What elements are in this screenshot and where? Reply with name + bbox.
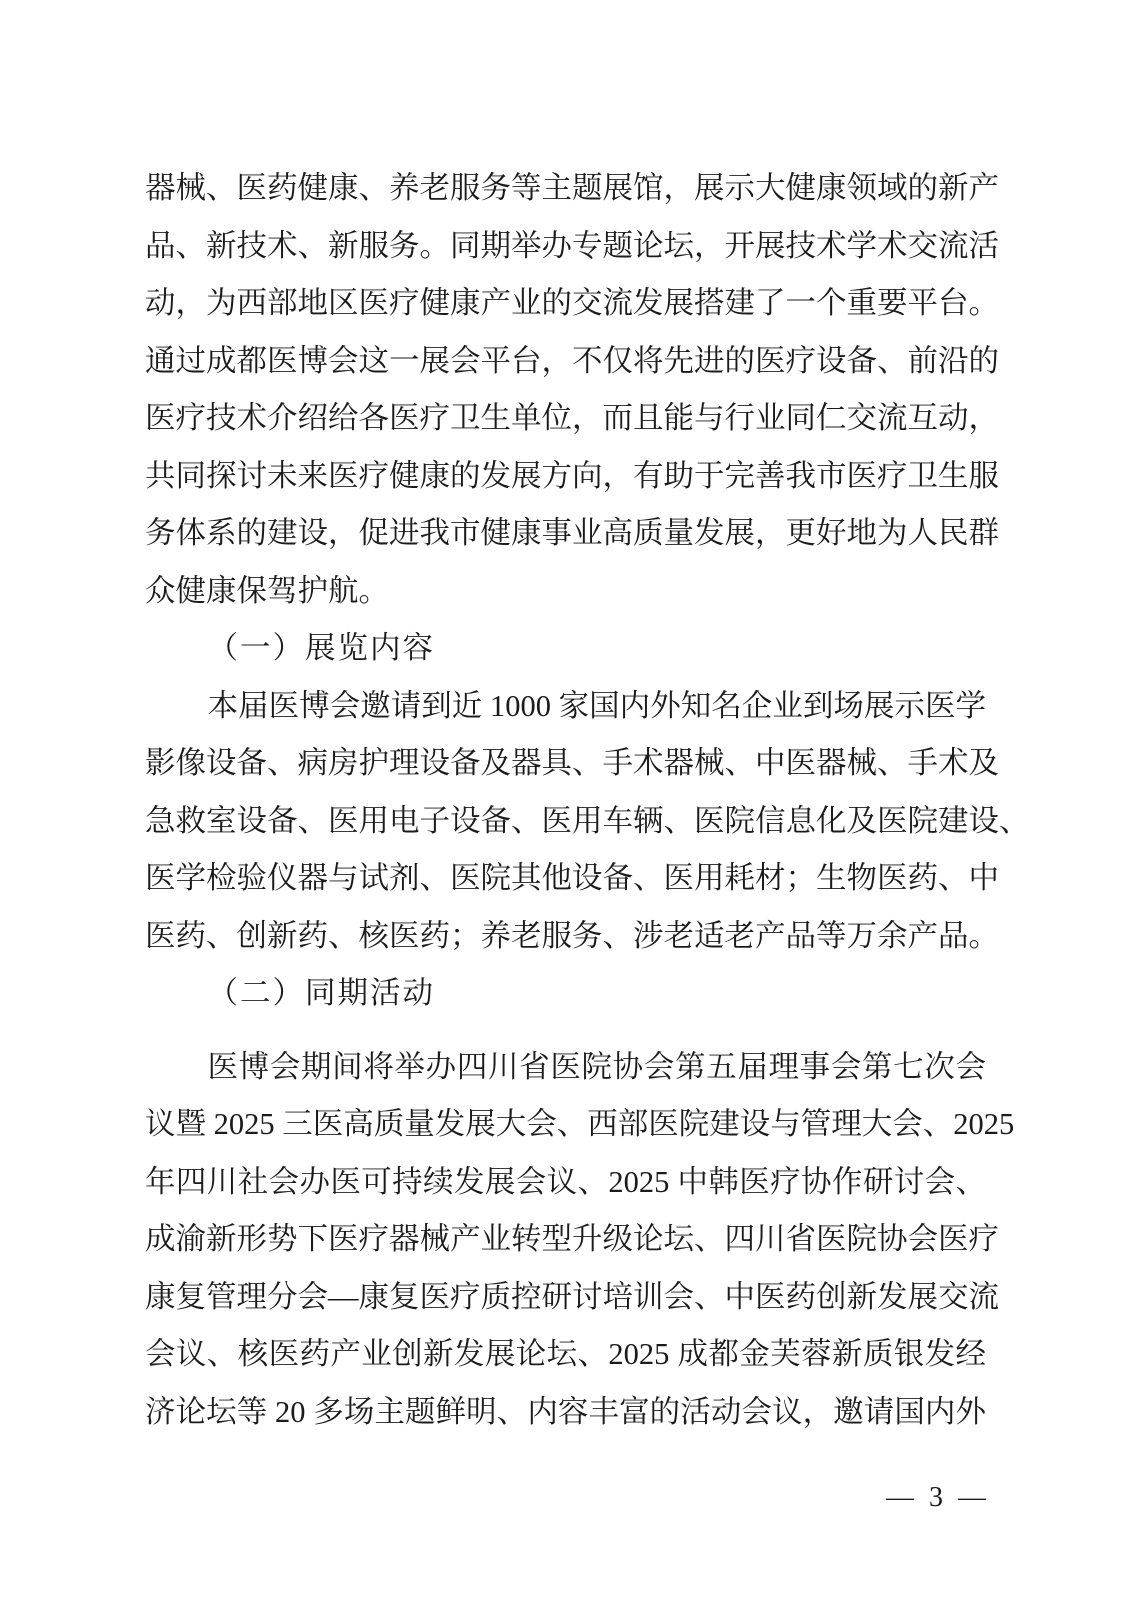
document-body: 器械、医药健康、养老服务等主题展馆，展示大健康领域的新产 品、新技术、新服务。同… xyxy=(145,160,986,1441)
text-line: 共同探讨未来医疗健康的发展方向，有助于完善我市医疗卫生服 xyxy=(145,448,986,506)
text-line: 影像设备、病房护理设备及器具、手术器械、中医器械、手术及 xyxy=(145,735,986,793)
section-heading-2: （二）同期活动 xyxy=(145,965,986,1023)
text-line: 品、新技术、新服务。同期举办专题论坛，开展技术学术交流活 xyxy=(145,218,986,276)
text-line: 会议、核医药产业创新发展论坛、2025 成都金芙蓉新质银发经 xyxy=(145,1326,986,1384)
text-line: 本届医博会邀请到近 1000 家国内外知名企业到场展示医学 xyxy=(145,678,986,736)
text-line: 康复管理分会—康复医疗质控研讨培训会、中医药创新发展交流 xyxy=(145,1269,986,1327)
text-line: 众健康保驾护航。 xyxy=(145,563,986,621)
page-number: — 3 — xyxy=(886,1478,990,1518)
text-line: 急救室设备、医用电子设备、医用车辆、医院信息化及医院建设、 xyxy=(145,793,986,851)
text-line: 器械、医药健康、养老服务等主题展馆，展示大健康领域的新产 xyxy=(145,160,986,218)
text-line: 医博会期间将举办四川省医院协会第五届理事会第七次会 xyxy=(145,1039,986,1097)
text-line: 动，为西部地区医疗健康产业的交流发展搭建了一个重要平台。 xyxy=(145,275,986,333)
text-line: 通过成都医博会这一展会平台，不仅将先进的医疗设备、前沿的 xyxy=(145,333,986,391)
text-line: 年四川社会办医可持续发展会议、2025 中韩医疗协作研讨会、 xyxy=(145,1154,986,1212)
text-line: 成渝新形势下医疗器械产业转型升级论坛、四川省医院协会医疗 xyxy=(145,1211,986,1269)
text-line: 务体系的建设，促进我市健康事业高质量发展，更好地为人民群 xyxy=(145,505,986,563)
text-line: 医药、创新药、核医药；养老服务、涉老适老产品等万余产品。 xyxy=(145,908,986,966)
text-line: 医学检验仪器与试剂、医院其他设备、医用耗材；生物医药、中 xyxy=(145,850,986,908)
text-line: 济论坛等 20 多场主题鲜明、内容丰富的活动会议，邀请国内外 xyxy=(145,1384,986,1442)
text-line: 议暨 2025 三医高质量发展大会、西部医院建设与管理大会、2025 xyxy=(145,1096,986,1154)
text-line: 医疗技术介绍给各医疗卫生单位，而且能与行业同仁交流互动， xyxy=(145,390,986,448)
section-heading-1: （一）展览内容 xyxy=(145,620,986,678)
document-page: 器械、医药健康、养老服务等主题展馆，展示大健康领域的新产 品、新技术、新服务。同… xyxy=(0,0,1131,1600)
